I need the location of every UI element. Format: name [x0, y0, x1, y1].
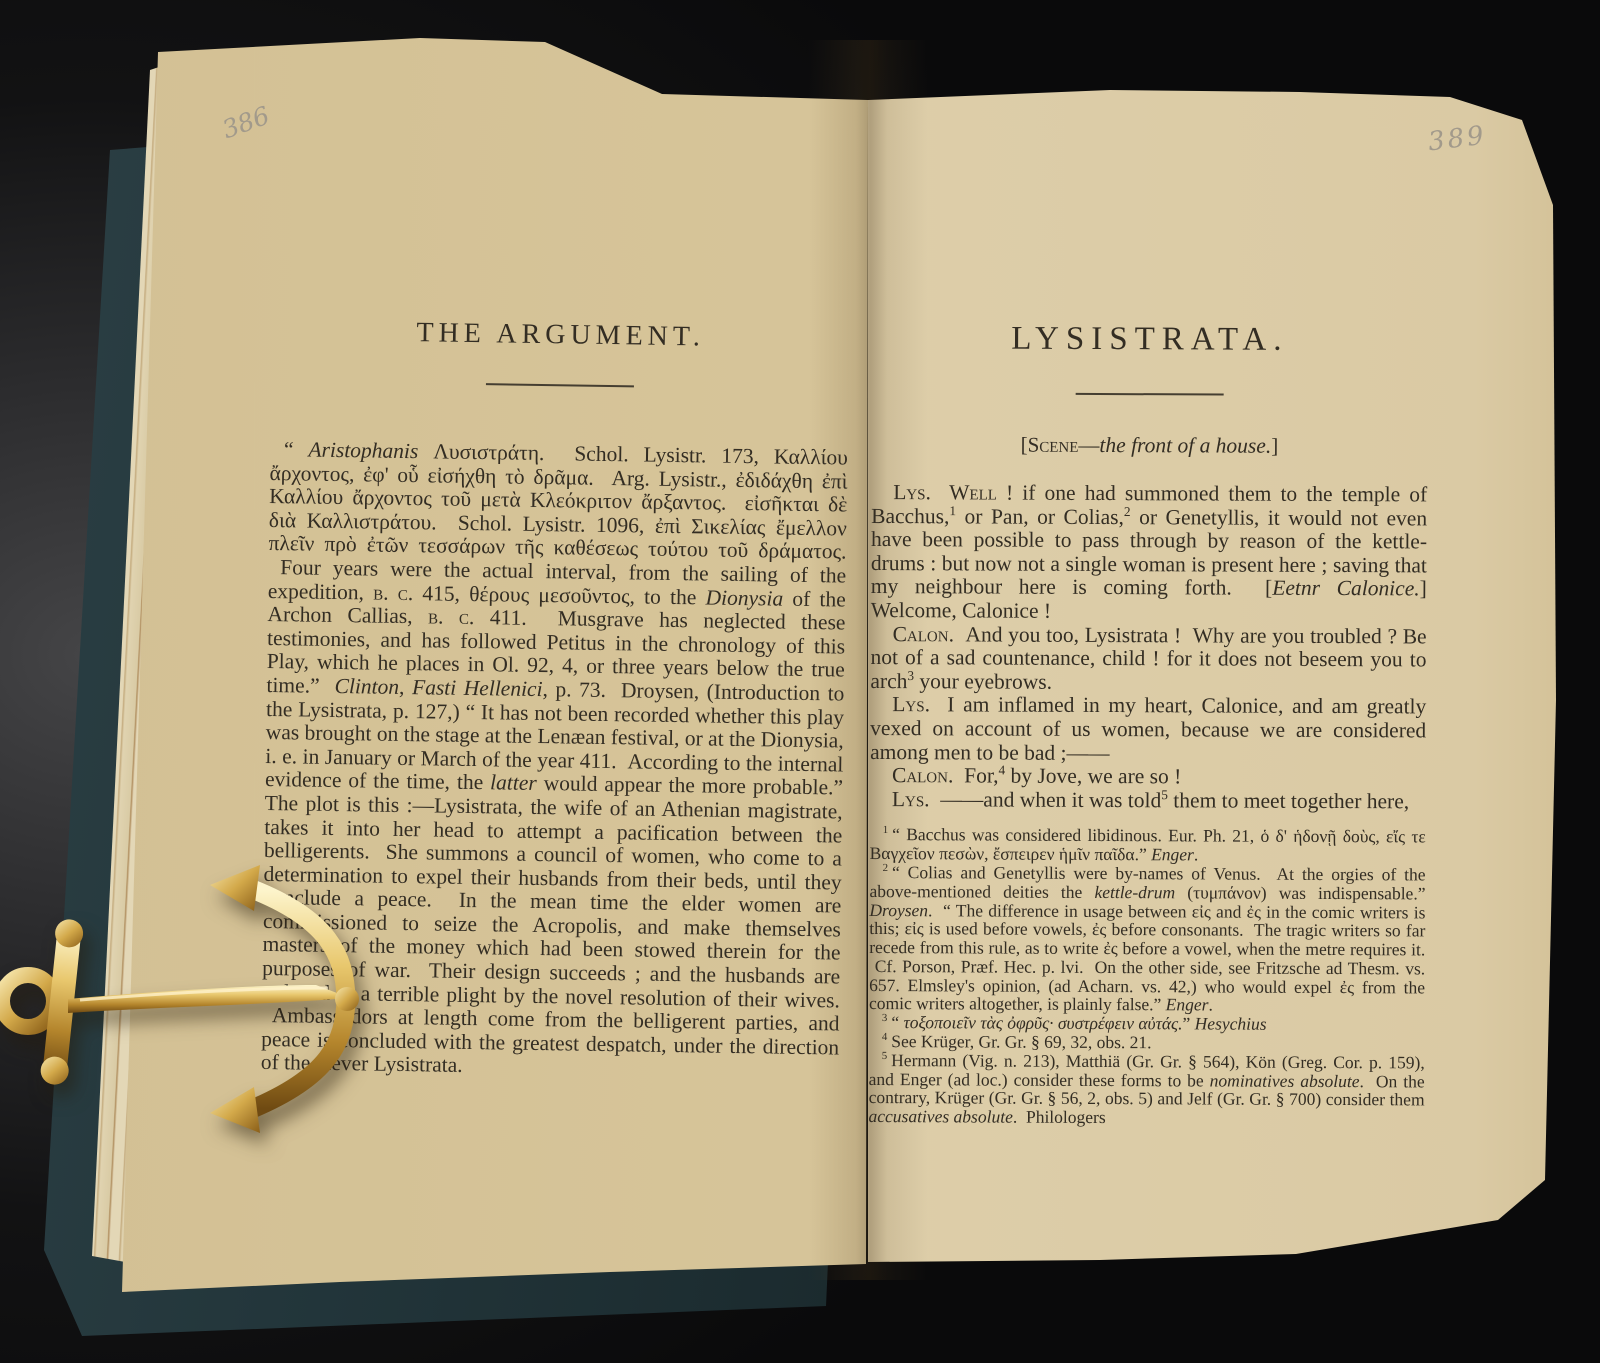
footnote-text: “ Bacchus was considered libidinous. Eur… — [870, 824, 1426, 864]
anchor-icon — [0, 853, 418, 1148]
dialogue-line: Lys.——and when it was told5 them to meet… — [870, 788, 1426, 814]
section-divider — [1076, 393, 1224, 396]
anchor-fluke-top — [210, 865, 260, 911]
page-title-lysistrata: LYSISTRATA. — [872, 318, 1428, 360]
footnote: 5Hermann (Vig. n. 213), Matthiä (Gr. Gr.… — [868, 1051, 1424, 1129]
footnote-number: 1 — [883, 825, 888, 837]
dialogue-line: Lys.I am inflamed in my heart, Calonice,… — [870, 693, 1426, 766]
footnote-text: “ Colias and Genetyllis were by-names of… — [869, 862, 1426, 1015]
speaker-label: Lys. — [893, 480, 949, 504]
footnote-number: 5 — [882, 1050, 887, 1062]
speaker-label: Lys. — [892, 692, 947, 716]
dialogue-line: Calon.For,4 by Jove, we are so ! — [870, 764, 1426, 790]
dialogue-text: Well ! if one had summoned them to the t… — [871, 480, 1428, 622]
dialogue-text: ——and when it was told5 them to meet tog… — [940, 787, 1409, 813]
anchor-ring — [2, 975, 54, 1027]
dialogue-text: I am inflamed in my heart, Calonice, and… — [870, 693, 1426, 765]
footnote: 1“ Bacchus was considered libidinous. Eu… — [870, 825, 1426, 865]
speaker-label: Lys. — [892, 787, 941, 811]
footnote: 2“ Colias and Genetyllis were by-names o… — [869, 863, 1426, 1016]
speaker-label: Calon. — [893, 622, 966, 646]
page-title-argument: THE ARGUMENT. — [271, 312, 850, 359]
right-page-content: LYSISTRATA. [Scene—the front of a house.… — [868, 318, 1428, 1128]
footnote-text: Hermann (Vig. n. 213), Matthiä (Gr. Gr. … — [868, 1050, 1424, 1127]
footnotes-block: 1“ Bacchus was considered libidinous. Eu… — [868, 825, 1425, 1128]
footnote-text: See Krüger, Gr. Gr. § 69, 32, obs. 21. — [891, 1031, 1151, 1052]
footnote-number: 2 — [883, 862, 888, 874]
scene-direction: [Scene—the front of a house.] — [871, 432, 1427, 459]
footnote-number: 3 — [882, 1013, 887, 1025]
dialogue-line: Lys.Well ! if one had summoned them to t… — [871, 481, 1428, 625]
speaker-label: Calon. — [892, 763, 964, 787]
section-divider — [486, 383, 634, 387]
book-photo: 386 389 THE ARGUMENT. “ Aristophanis Λυσ… — [0, 0, 1600, 1363]
anchor-fluke-bottom — [210, 1087, 260, 1133]
dialogue-line: Calon.And you too, Lysistrata ! Why are … — [870, 623, 1426, 696]
dialogue-text: For,4 by Jove, we are so ! — [964, 764, 1181, 789]
footnote-number: 4 — [882, 1031, 887, 1043]
